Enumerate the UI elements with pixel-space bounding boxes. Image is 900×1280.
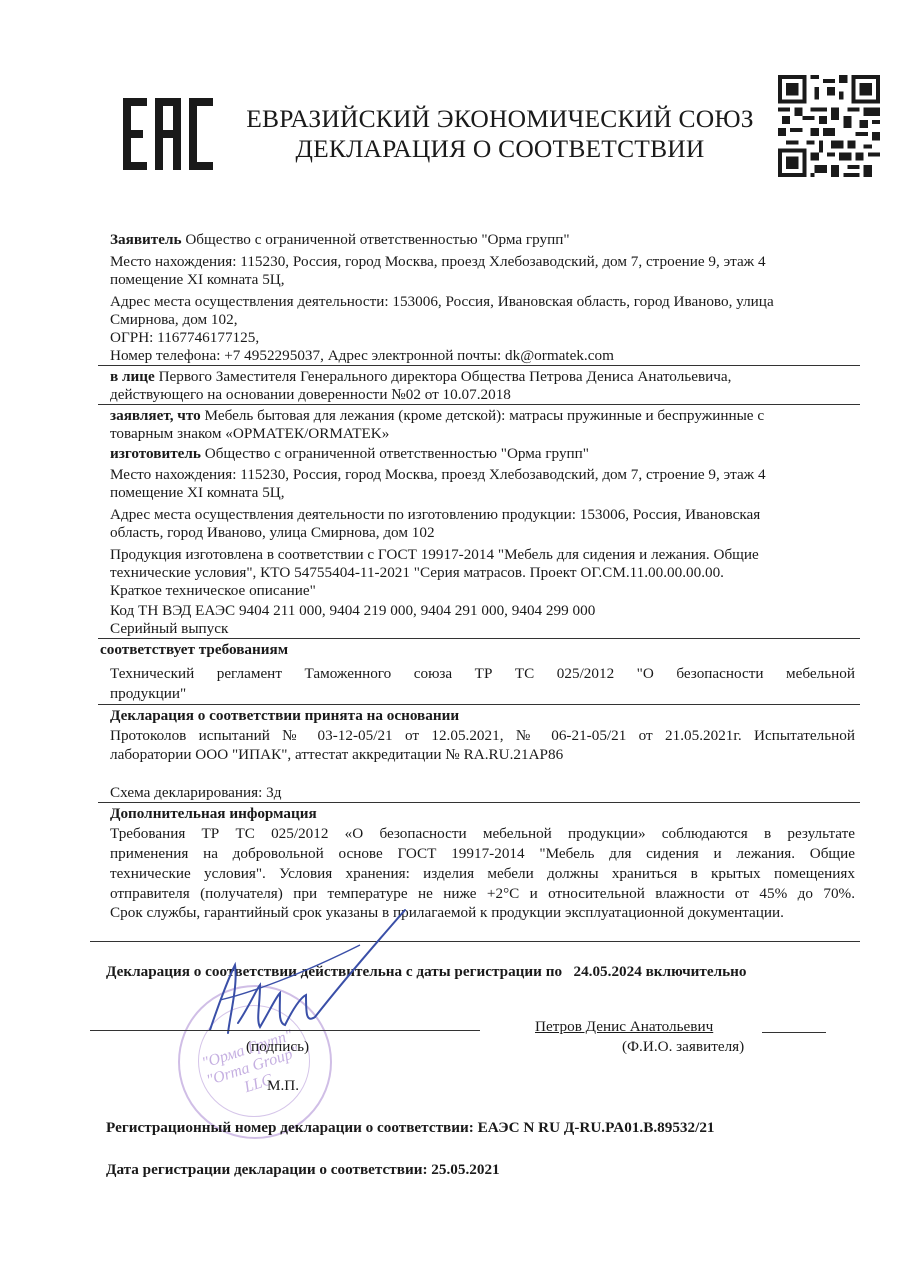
applicant-activity-1: Адрес места осуществления деятельности: … [110, 292, 774, 312]
additional-line: применения на добровольной основе ГОСТ 1… [110, 844, 855, 864]
applicant-contacts: Номер телефона: +7 4952295037, Адрес эле… [110, 346, 614, 366]
signature-caption: (подпись) [246, 1037, 309, 1057]
divider [98, 704, 860, 705]
representative-label: в лице [110, 368, 155, 385]
divider [98, 404, 860, 405]
name-caption: (Ф.И.О. заявителя) [622, 1037, 744, 1057]
declares-label: заявляет, что [110, 407, 201, 424]
registration-date: Дата регистрации декларации о соответств… [106, 1160, 500, 1180]
document-header: ЕВРАЗИЙСКИЙ ЭКОНОМИЧЕСКИЙ СОЮЗ ДЕКЛАРАЦИ… [240, 104, 760, 164]
additional-line: отправителя (получателя) при температуре… [110, 884, 855, 904]
additional-label: Дополнительная информация [110, 804, 317, 824]
tn-ved-codes: Код ТН ВЭД ЕАЭС 9404 211 000, 9404 219 0… [110, 601, 595, 621]
manufacturer-standard-1: Продукция изготовлена в соответствии с Г… [110, 545, 759, 565]
manufacturer-location-2: помещение XI комната 5Ц, [110, 483, 285, 503]
applicant-activity-2: Смирнова, дом 102, [110, 310, 238, 330]
registration-number: Регистрационный номер декларации о соотв… [106, 1118, 715, 1138]
qr-code-icon [778, 74, 880, 178]
declares-line-1: заявляет, что Мебель бытовая для лежания… [110, 406, 764, 426]
basis-text-1: Протоколов испытаний № 03-12-05/21 от 12… [110, 726, 855, 746]
divider [98, 802, 860, 803]
divider [98, 638, 860, 639]
representative-line-2: действующего на основании доверенности №… [110, 385, 511, 405]
applicant-ogrn: ОГРН: 1167746177125, [110, 328, 259, 348]
manufacturer-activity-1: Адрес места осуществления деятельности п… [110, 505, 760, 525]
declaration-scheme: Схема декларирования: 3д [110, 783, 282, 803]
manufacturer-activity-2: область, город Иваново, улица Смирнова, … [110, 523, 435, 543]
signature-line [90, 1030, 480, 1031]
validity-date: 24.05.2024 включительно [573, 963, 746, 980]
union-title: ЕВРАЗИЙСКИЙ ЭКОНОМИЧЕСКИЙ СОЮЗ [240, 104, 760, 134]
serial-release: Серийный выпуск [110, 619, 228, 639]
divider [98, 365, 860, 366]
seal-label: М.П. [267, 1076, 299, 1096]
handwritten-signature [190, 905, 420, 1055]
manufacturer-location-1: Место нахождения: 115230, Россия, город … [110, 465, 766, 485]
requirements-text-2: продукции" [110, 684, 186, 704]
manufacturer-standard-3: Краткое техническое описание" [110, 581, 316, 601]
manufacturer-label: изготовитель [110, 445, 201, 462]
applicant-full-name: Петров Денис Анатольевич [535, 1017, 713, 1037]
basis-text-2: лаборатории ООО "ИПАК", аттестат аккреди… [110, 745, 563, 765]
basis-label: Декларация о соответствии принята на осн… [110, 706, 459, 726]
applicant-location-2: помещение XI комната 5Ц, [110, 270, 285, 290]
manufacturer-standard-2: технические условия", КТО 54755404-11-20… [110, 563, 724, 583]
manufacturer-line: изготовитель Общество с ограниченной отв… [110, 444, 589, 464]
declares-line-2: товарным знаком «ОРМАТЕК/ORMATEK» [110, 424, 389, 444]
applicant-location-1: Место нахождения: 115230, Россия, город … [110, 252, 766, 272]
additional-line: Требования ТР ТС 025/2012 «О безопасност… [110, 824, 855, 844]
applicant-line: Заявитель Общество с ограниченной ответс… [110, 230, 570, 250]
representative-line-1: в лице Первого Заместителя Генерального … [110, 367, 731, 387]
additional-line: технические условия". Условия хранения: … [110, 864, 855, 884]
requirements-text-1: Технический регламент Таможенного союза … [110, 664, 855, 684]
eac-logo [123, 98, 213, 170]
name-line [762, 1032, 826, 1033]
declaration-title: ДЕКЛАРАЦИЯ О СООТВЕТСТВИИ [240, 134, 760, 164]
applicant-name: Общество с ограниченной ответственностью… [182, 231, 570, 248]
requirements-label: соответствует требованиям [100, 640, 288, 660]
applicant-label: Заявитель [110, 231, 182, 248]
